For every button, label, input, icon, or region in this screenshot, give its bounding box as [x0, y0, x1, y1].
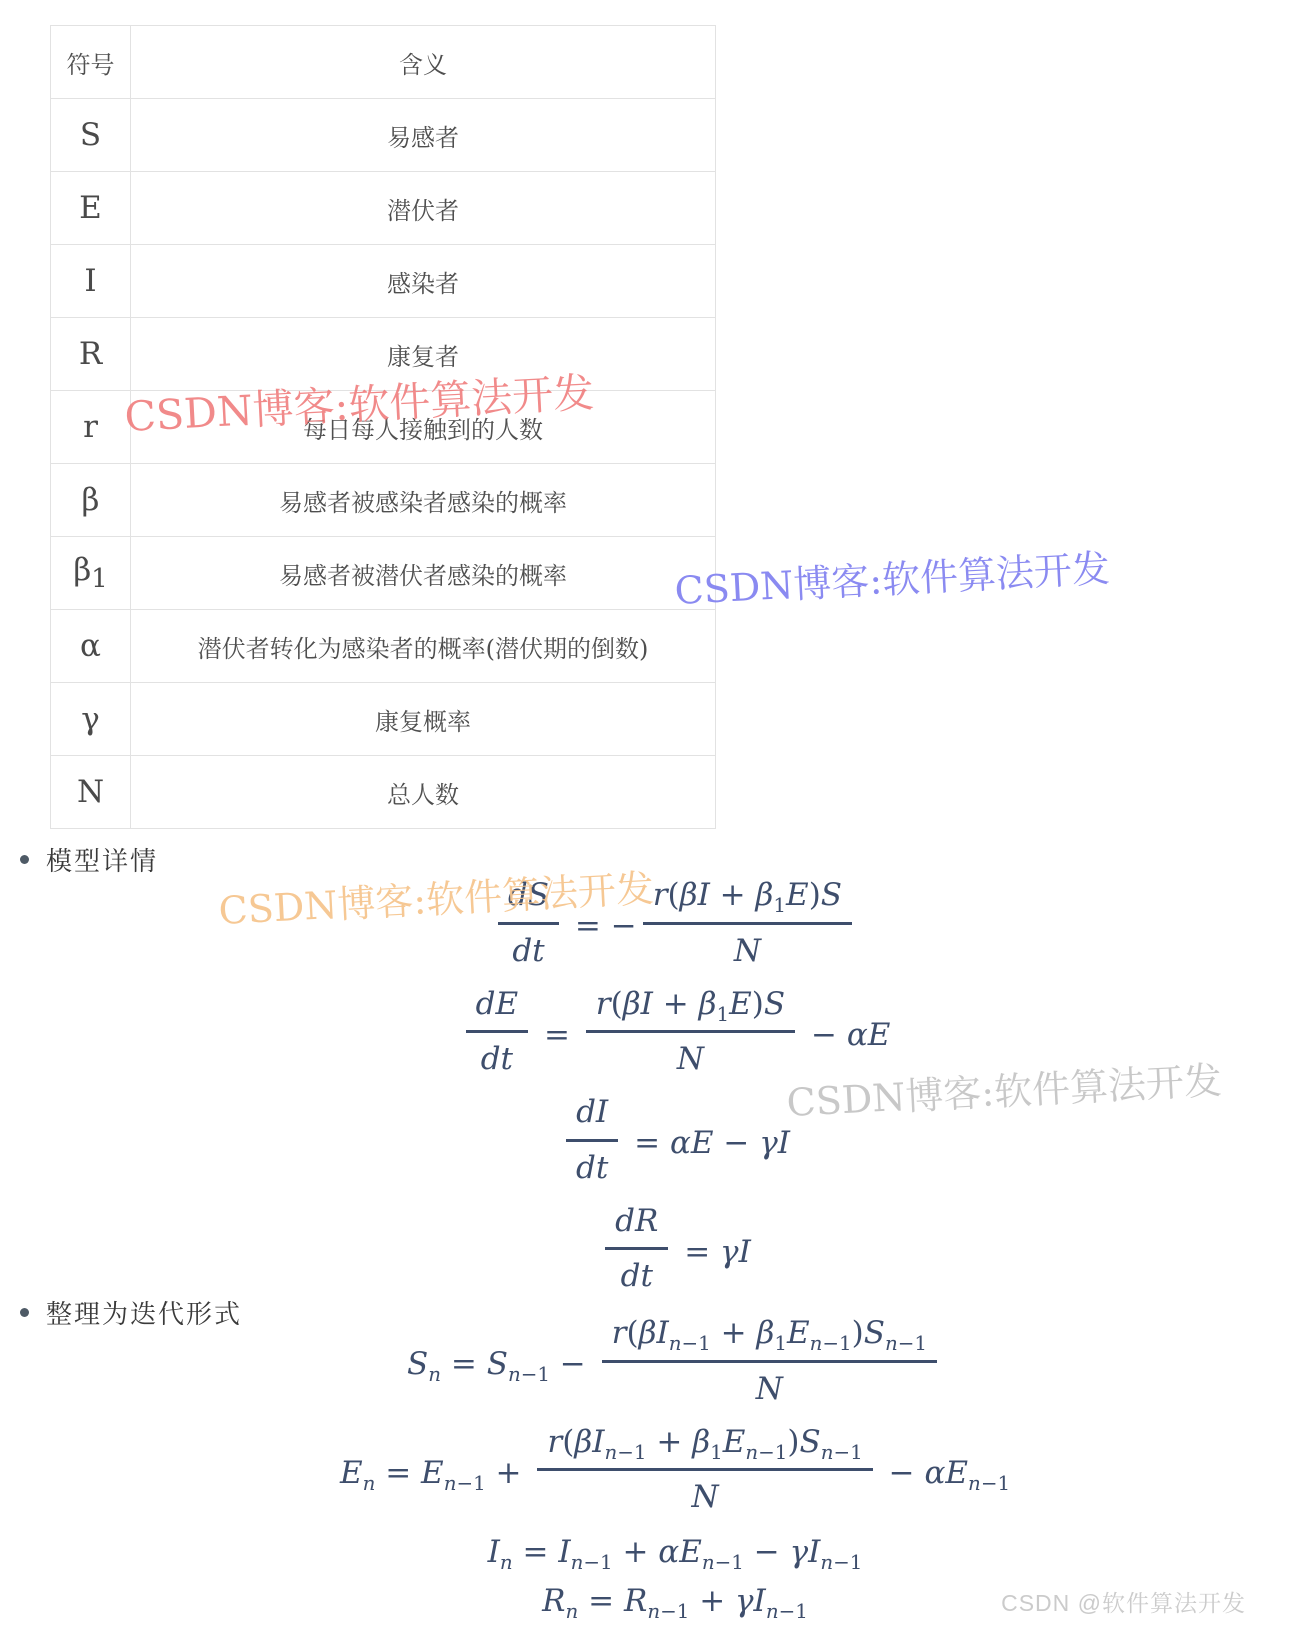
symbol-cell: R — [51, 318, 131, 391]
equation-Rn: Rn = Rn−1 + γIn−1 — [542, 1582, 808, 1621]
table-row: α潜伏者转化为感染者的概率(潜伏期的倒数) — [51, 610, 716, 683]
equation-dS: dSdt = −r(βI + β1E)SN — [492, 878, 858, 977]
symbol-table: 符号 含义 S易感者E潜伏者I感染者R康复者r每日每人接触到的人数β易感者被感染… — [50, 25, 716, 829]
meaning-cell: 易感者被潜伏者感染的概率 — [131, 537, 716, 610]
meaning-cell: 康复概率 — [131, 683, 716, 756]
meaning-cell: 康复者 — [131, 318, 716, 391]
symbol-cell: N — [51, 756, 131, 829]
equation-En: En = En−1 + r(βIn−1 + β1En−1)Sn−1N − αEn… — [340, 1425, 1010, 1524]
table-row: γ康复概率 — [51, 683, 716, 756]
table-row: R康复者 — [51, 318, 716, 391]
iterative-equations: Sn = Sn−1 − r(βIn−1 + β1En−1)Sn−1N En = … — [20, 1316, 1308, 1621]
symbol-cell: β — [51, 464, 131, 537]
meaning-cell: 易感者被感染者感染的概率 — [131, 464, 716, 537]
meaning-cell: 感染者 — [131, 245, 716, 318]
symbol-cell: S — [51, 99, 131, 172]
symbol-cell: E — [51, 172, 131, 245]
equation-dI: dIdt = αE − γI — [560, 1095, 790, 1194]
symbol-cell: I — [51, 245, 131, 318]
meaning-cell: 每日每人接触到的人数 — [131, 391, 716, 464]
differential-equations: dSdt = −r(βI + β1E)SN dEdt = r(βI + β1E)… — [20, 878, 1308, 1302]
equation-dE: dEdt = r(βI + β1E)SN − αE — [460, 987, 891, 1086]
meaning-cell: 易感者 — [131, 99, 716, 172]
header-symbol: 符号 — [51, 26, 131, 99]
table-row: S易感者 — [51, 99, 716, 172]
bullet-label: 模型详情 — [46, 841, 158, 878]
table-row: E潜伏者 — [51, 172, 716, 245]
footer-watermark: CSDN @软件算法开发 — [1001, 1585, 1246, 1618]
equation-Sn: Sn = Sn−1 − r(βIn−1 + β1En−1)Sn−1N — [407, 1316, 943, 1415]
table-row: β1易感者被潜伏者感染的概率 — [51, 537, 716, 610]
equation-dR: dRdt = γI — [599, 1204, 751, 1303]
article-page: { "table": { "headers": { "symbol": "符号"… — [0, 0, 1308, 1630]
symbol-cell: β1 — [51, 537, 131, 610]
table-header-row: 符号 含义 — [51, 26, 716, 99]
header-meaning: 含义 — [131, 26, 716, 99]
table-row: β易感者被感染者感染的概率 — [51, 464, 716, 537]
symbol-cell: α — [51, 610, 131, 683]
symbol-cell: r — [51, 391, 131, 464]
meaning-cell: 总人数 — [131, 756, 716, 829]
watermark-blue: CSDN博客:软件算法开发 — [673, 537, 1111, 615]
symbol-cell: γ — [51, 683, 131, 756]
symbol-table-body: S易感者E潜伏者I感染者R康复者r每日每人接触到的人数β易感者被感染者感染的概率… — [51, 99, 716, 829]
bullet-model-details: 模型详情 — [20, 841, 158, 878]
table-row: r每日每人接触到的人数 — [51, 391, 716, 464]
meaning-cell: 潜伏者转化为感染者的概率(潜伏期的倒数) — [131, 610, 716, 683]
table-row: I感染者 — [51, 245, 716, 318]
table-row: N总人数 — [51, 756, 716, 829]
bullet-icon — [20, 855, 29, 864]
equation-In: In = In−1 + αEn−1 − γIn−1 — [488, 1533, 863, 1572]
meaning-cell: 潜伏者 — [131, 172, 716, 245]
